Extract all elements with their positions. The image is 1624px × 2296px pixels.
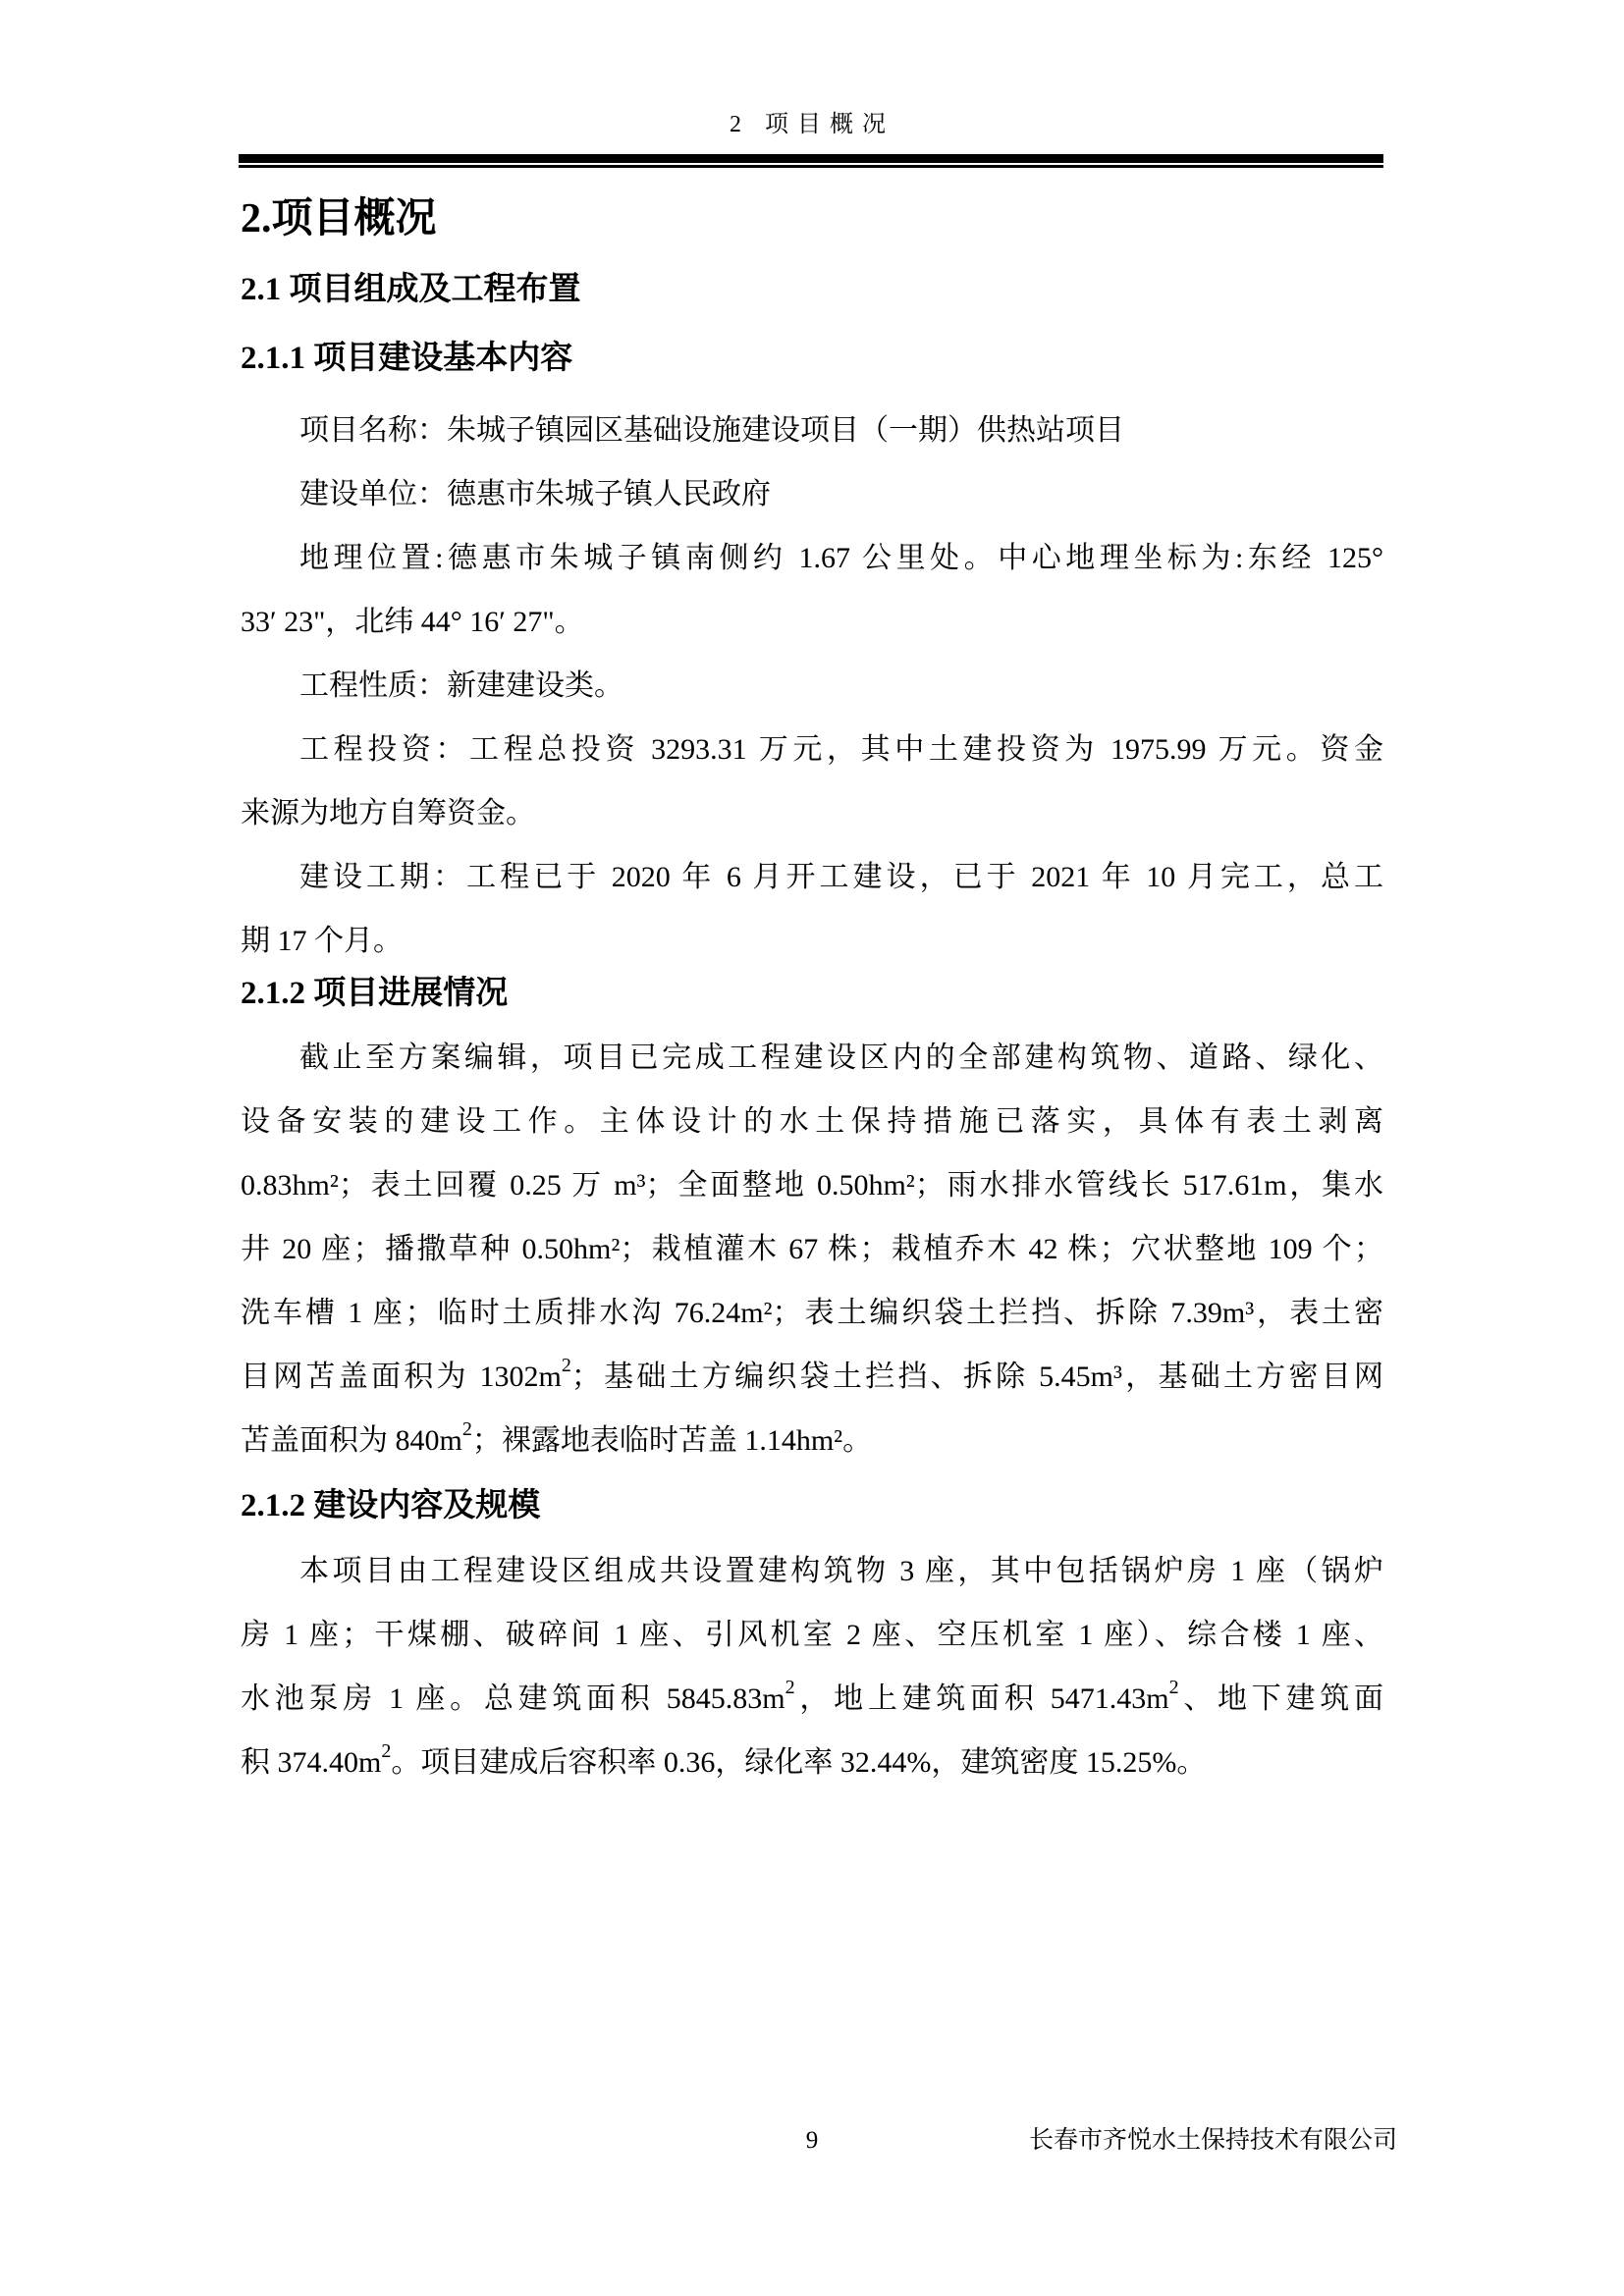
text-run: 、地下建筑面 <box>1179 1682 1383 1715</box>
body-line: 建设单位：德惠市朱城子镇人民政府 <box>241 462 1383 526</box>
page-footer: 9 长春市齐悦水土保持技术有限公司 <box>241 2123 1383 2159</box>
body-line: 0.83hm²；表土回覆 0.25 万 m³；全面整地 0.50hm²；雨水排水… <box>241 1153 1383 1217</box>
text-run: 。项目建成后容积率 0.36，绿化率 32.44%，建筑密度 15.25%。 <box>391 1746 1206 1779</box>
body-line: 设备安装的建设工作。主体设计的水土保持措施已落实，具体有表土剥离 <box>241 1090 1383 1153</box>
section-heading: 2.1.2 项目进展情况 <box>241 975 1383 1012</box>
section-heading: 2.1 项目组成及工程布置 <box>241 271 1383 308</box>
superscript: 2 <box>462 1418 472 1440</box>
body-line: 工程投资：工程总投资 3293.31 万元，其中土建投资为 1975.99 万元… <box>241 718 1383 781</box>
body-line: 来源为地方自筹资金。 <box>241 781 1383 845</box>
section-heading: 2.1.2 建设内容及规模 <box>241 1487 1383 1524</box>
superscript: 2 <box>1169 1677 1179 1698</box>
body-line: 本项目由工程建设区组成共设置建构筑物 3 座，其中包括锅炉房 1 座（锅炉 <box>241 1539 1383 1603</box>
running-header-chapter-title: 2 项目概况 <box>241 110 1383 139</box>
document-page: 2 项目概况 2.项目概况2.1 项目组成及工程布置2.1.1 项目建设基本内容… <box>0 0 1624 2296</box>
body-line: 目网苫盖面积为 1302m2；基础土方编织袋土拦挡、拆除 5.45m³，基础土方… <box>241 1345 1383 1409</box>
document-content: 2.项目概况2.1 项目组成及工程布置2.1.1 项目建设基本内容项目名称：朱城… <box>241 169 1383 1794</box>
text-run: ；裸露地表临时苫盖 1.14hm²。 <box>472 1424 872 1457</box>
superscript: 2 <box>785 1677 795 1698</box>
header-rule <box>239 154 1383 168</box>
footer-company-name: 长春市齐悦水土保持技术有限公司 <box>1029 2123 1397 2159</box>
body-line: 33′ 23"，北纬 44° 16′ 27"。 <box>241 590 1383 654</box>
text-run: 水池泵房 1 座。总建筑面积 5845.83m <box>241 1682 785 1715</box>
text-run: 苫盖面积为 840m <box>241 1424 462 1457</box>
body-line: 积 374.40m2。项目建成后容积率 0.36，绿化率 32.44%，建筑密度… <box>241 1731 1383 1794</box>
superscript: 2 <box>562 1355 571 1376</box>
superscript: 2 <box>381 1740 391 1762</box>
chapter-heading: 2.项目概况 <box>241 194 1383 243</box>
body-line: 期 17 个月。 <box>241 909 1383 973</box>
body-line: 建设工期：工程已于 2020 年 6 月开工建设，已于 2021 年 10 月完… <box>241 845 1383 909</box>
body-line: 工程性质：新建建设类。 <box>241 654 1383 718</box>
body-line: 苫盖面积为 840m2；裸露地表临时苫盖 1.14hm²。 <box>241 1409 1383 1472</box>
text-run: 目网苫盖面积为 1302m <box>241 1361 562 1393</box>
section-heading: 2.1.1 项目建设基本内容 <box>241 340 1383 377</box>
body-line: 井 20 座；播撒草种 0.50hm²；栽植灌木 67 株；栽植乔木 42 株；… <box>241 1217 1383 1281</box>
text-run: ；基础土方编织袋土拦挡、拆除 5.45m³，基础土方密目网 <box>571 1361 1383 1393</box>
header-rule-thin-line <box>239 165 1383 168</box>
text-run: 积 374.40m <box>241 1746 381 1779</box>
body-line: 水池泵房 1 座。总建筑面积 5845.83m2，地上建筑面积 5471.43m… <box>241 1667 1383 1731</box>
text-run: ，地上建筑面积 5471.43m <box>795 1682 1169 1715</box>
body-line: 房 1 座；干煤棚、破碎间 1 座、引风机室 2 座、空压机室 1 座）、综合楼… <box>241 1603 1383 1667</box>
header-rule-thick-line <box>239 154 1383 163</box>
body-line: 项目名称：朱城子镇园区基础设施建设项目（一期）供热站项目 <box>241 399 1383 462</box>
body-line: 地理位置:德惠市朱城子镇南侧约 1.67 公里处。中心地理坐标为:东经 125° <box>241 526 1383 590</box>
body-line: 截止至方案编辑，项目已完成工程建设区内的全部建构筑物、道路、绿化、 <box>241 1026 1383 1090</box>
body-line: 洗车槽 1 座；临时土质排水沟 76.24m²；表土编织袋土拦挡、拆除 7.39… <box>241 1281 1383 1345</box>
